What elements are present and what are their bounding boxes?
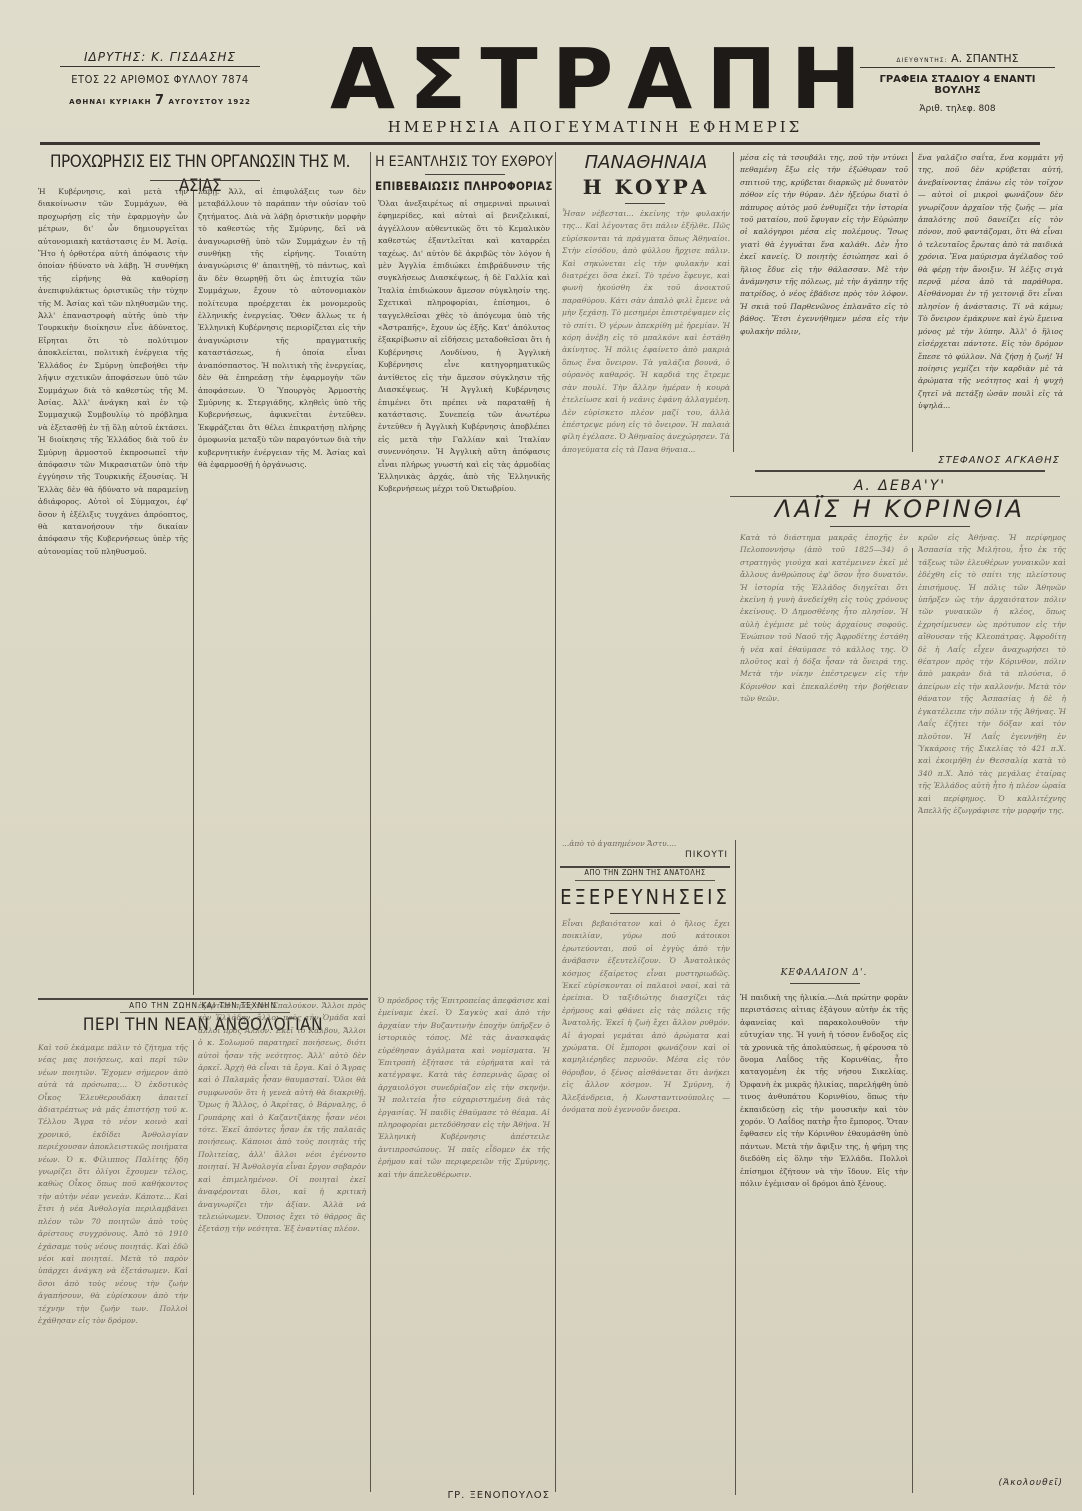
- article-lais-col1b: Ἡ παιδικὴ της ἡλικία.—Διὰ πρώτην φορὰν π…: [740, 992, 908, 1492]
- masthead-right: ΔΙΕΥΘΥΝΤΗΣ: Α. ΣΠΑΝΤΗΣ ΓΡΑΦΕΙΑ ΣΤΑΔΙΟΥ 4…: [860, 52, 1055, 114]
- column-divider: [735, 840, 736, 1495]
- director-label: ΔΙΕΥΘΥΝΤΗΣ:: [896, 57, 947, 64]
- director-line: ΔΙΕΥΘΥΝΤΗΣ: Α. ΣΠΑΝΤΗΣ: [860, 52, 1055, 68]
- article-anthology-col1: Καὶ τοῦ ἐκάμαμε πάλιν τὸ ζήτημα τῆς νέας…: [38, 1042, 188, 1492]
- headline-underline: [150, 180, 260, 181]
- section-rule: [755, 470, 1045, 472]
- kicker-rule: [575, 880, 715, 881]
- column-divider: [912, 548, 913, 1493]
- headline-explorations: ΕΞΕΡΕΥΝΗΣΕΙΣ: [560, 883, 730, 911]
- kicker-explorations: ΑΠΟ ΤΗΝ ΖΩΗΝ ΤΗΣ ΑΝΑΤΟΛΗΣ: [560, 866, 730, 880]
- article-explorations-col2: Ὁ πρόεδρος τῆς Ἐπιτροπείας ἀπεφάσισε καὶ…: [378, 995, 550, 1435]
- headline-underline: [625, 203, 665, 204]
- headline-underline: [830, 526, 970, 527]
- dateline-day: 7: [155, 93, 165, 108]
- dateline: ΑΘΗΝΑΙ ΚΥΡΙΑΚΗ 7 ΑΥΓΟΥΣΤΟΥ 1922: [60, 93, 260, 108]
- newspaper-page: ΙΔΡΥΤΗΣ: Κ. ΓΙΣΔΑΣΗΣ ΕΤΟΣ 22 ΑΡΙΘΜΟΣ ΦΥΛ…: [0, 0, 1082, 1511]
- headline-underline: [610, 913, 680, 914]
- headline-lais: ΛΑΪΣ Η ΚΟΡΙΝΘΙΑ: [740, 492, 1060, 526]
- article-panathinaia-col1: Ἦσαν νέβεσται... ἐκείνης τὴν φυλακήν της…: [562, 208, 730, 838]
- previous-article-tail: ...ἀπὸ τὸ ἀγαπημένον Ἄστυ....: [562, 838, 730, 850]
- founder-line: ΙΔΡΥΤΗΣ: Κ. ΓΙΣΔΑΣΗΣ: [60, 50, 260, 67]
- office-address: ΓΡΑΦΕΙΑ ΣΤΑΔΙΟΥ 4 ΕΝΑΝΤΙ ΒΟΥΛΗΣ: [860, 74, 1055, 96]
- chapter-underline: [790, 983, 860, 984]
- newspaper-title: ΑΣΤΡΑΠΗ: [330, 38, 860, 120]
- headline-panathinaia-top: ΠΑΝΑΘΗΝΑΙΑ: [560, 152, 732, 174]
- article-enemy-body: Ὅλαι ἀνεξαιρέτως αἱ σημεριναὶ πρωιναὶ ἐφ…: [378, 198, 550, 993]
- chapter-heading: ΚΕΦΑΛΑΙΟΝ Δ'.: [740, 968, 908, 978]
- article-asia-col2: λάβῃ. Ἀλλ, αἱ ἐπιφυλάξεις των δὲν μεταβά…: [198, 186, 366, 991]
- director-name: Α. ΣΠΑΝΤΗΣ: [951, 52, 1018, 65]
- byline-pikouti: ΠΙΚΟΥΤΙ: [560, 850, 728, 860]
- article-explorations-col1: Εἶναι βεβαιότατον καὶ ὁ ἥλιος ἔχει ποικι…: [562, 918, 730, 1490]
- newspaper-subtitle: ΗΜΕΡΗΣΙΑ ΑΠΟΓΕΥΜΑΤΙΝΗ ΕΦΗΜΕΡΙΣ: [265, 118, 925, 136]
- column-divider: [555, 152, 556, 1492]
- byline-panathinaia: ΣΤΕΦΑΝΟΣ ΑΓΚΑΘΗΣ: [840, 455, 1060, 466]
- column-divider: [193, 1040, 194, 1495]
- column-divider: [733, 152, 734, 452]
- headline-panathinaia-bottom: Η ΚΟΥΡΑ: [560, 174, 732, 200]
- headline-enemy: Η ΕΞΑΝΤΛΗΣΙΣ ΤΟΥ ΕΧΘΡΟΥ: [375, 152, 553, 172]
- article-panathinaia-col2: μέσα εἰς τὰ τσουβάλι της, ποῦ τὴν ντύνει…: [740, 152, 908, 452]
- column-divider: [370, 152, 371, 1492]
- article-panathinaia-col3: ἕνα γαλάζιο σαΐτα, ἕνα κομμάτι γῆ της, π…: [918, 152, 1063, 447]
- masthead-left: ΙΔΡΥΤΗΣ: Κ. ΓΙΣΔΑΣΗΣ ΕΤΟΣ 22 ΑΡΙΘΜΟΣ ΦΥΛ…: [60, 50, 260, 108]
- dateline-prefix: ΑΘΗΝΑΙ ΚΥΡΙΑΚΗ: [69, 98, 151, 106]
- issue-number: ΕΤΟΣ 22 ΑΡΙΘΜΟΣ ΦΥΛΛΟΥ 7874: [60, 73, 260, 86]
- column-divider: [912, 152, 913, 452]
- article-lais-col2: κρῶν εἰς Ἀθήνας. Ἡ περίφημος Ἀσπασία τῆς…: [918, 532, 1066, 1472]
- phone-number: Ἀριθ. τηλεφ. 808: [860, 104, 1055, 114]
- column-divider: [193, 190, 194, 995]
- subheadline-enemy: ΕΠΙΒΕΒΑΙΩΣΙΣ ΠΛΗΡΟΦΟΡΙΑΣ: [375, 178, 553, 194]
- continued-notice: (Ἀκολουθεῖ): [918, 1478, 1063, 1488]
- article-anthology-col2: ἐξαρτῶν πρὸς τὸν Σπαλούκον. Ἄλλοι πρὸς τ…: [198, 1000, 366, 1420]
- dateline-suffix: ΑΥΓΟΥΣΤΟΥ 1922: [168, 98, 250, 106]
- article-lais-col1: Κατὰ τὸ διάστημα μακρᾶς ἐποχῆς ἐν Πελοπο…: [740, 532, 908, 962]
- headline-underline: [425, 174, 505, 175]
- masthead-rule: [40, 142, 1040, 145]
- byline-anthology: ΓΡ. ΞΕΝΟΠΟΥΛΟΣ: [400, 1490, 550, 1501]
- article-asia-col1: Ἡ Κυβέρνησις, καὶ μετὰ τὴν διακοίνωσιν τ…: [38, 186, 188, 991]
